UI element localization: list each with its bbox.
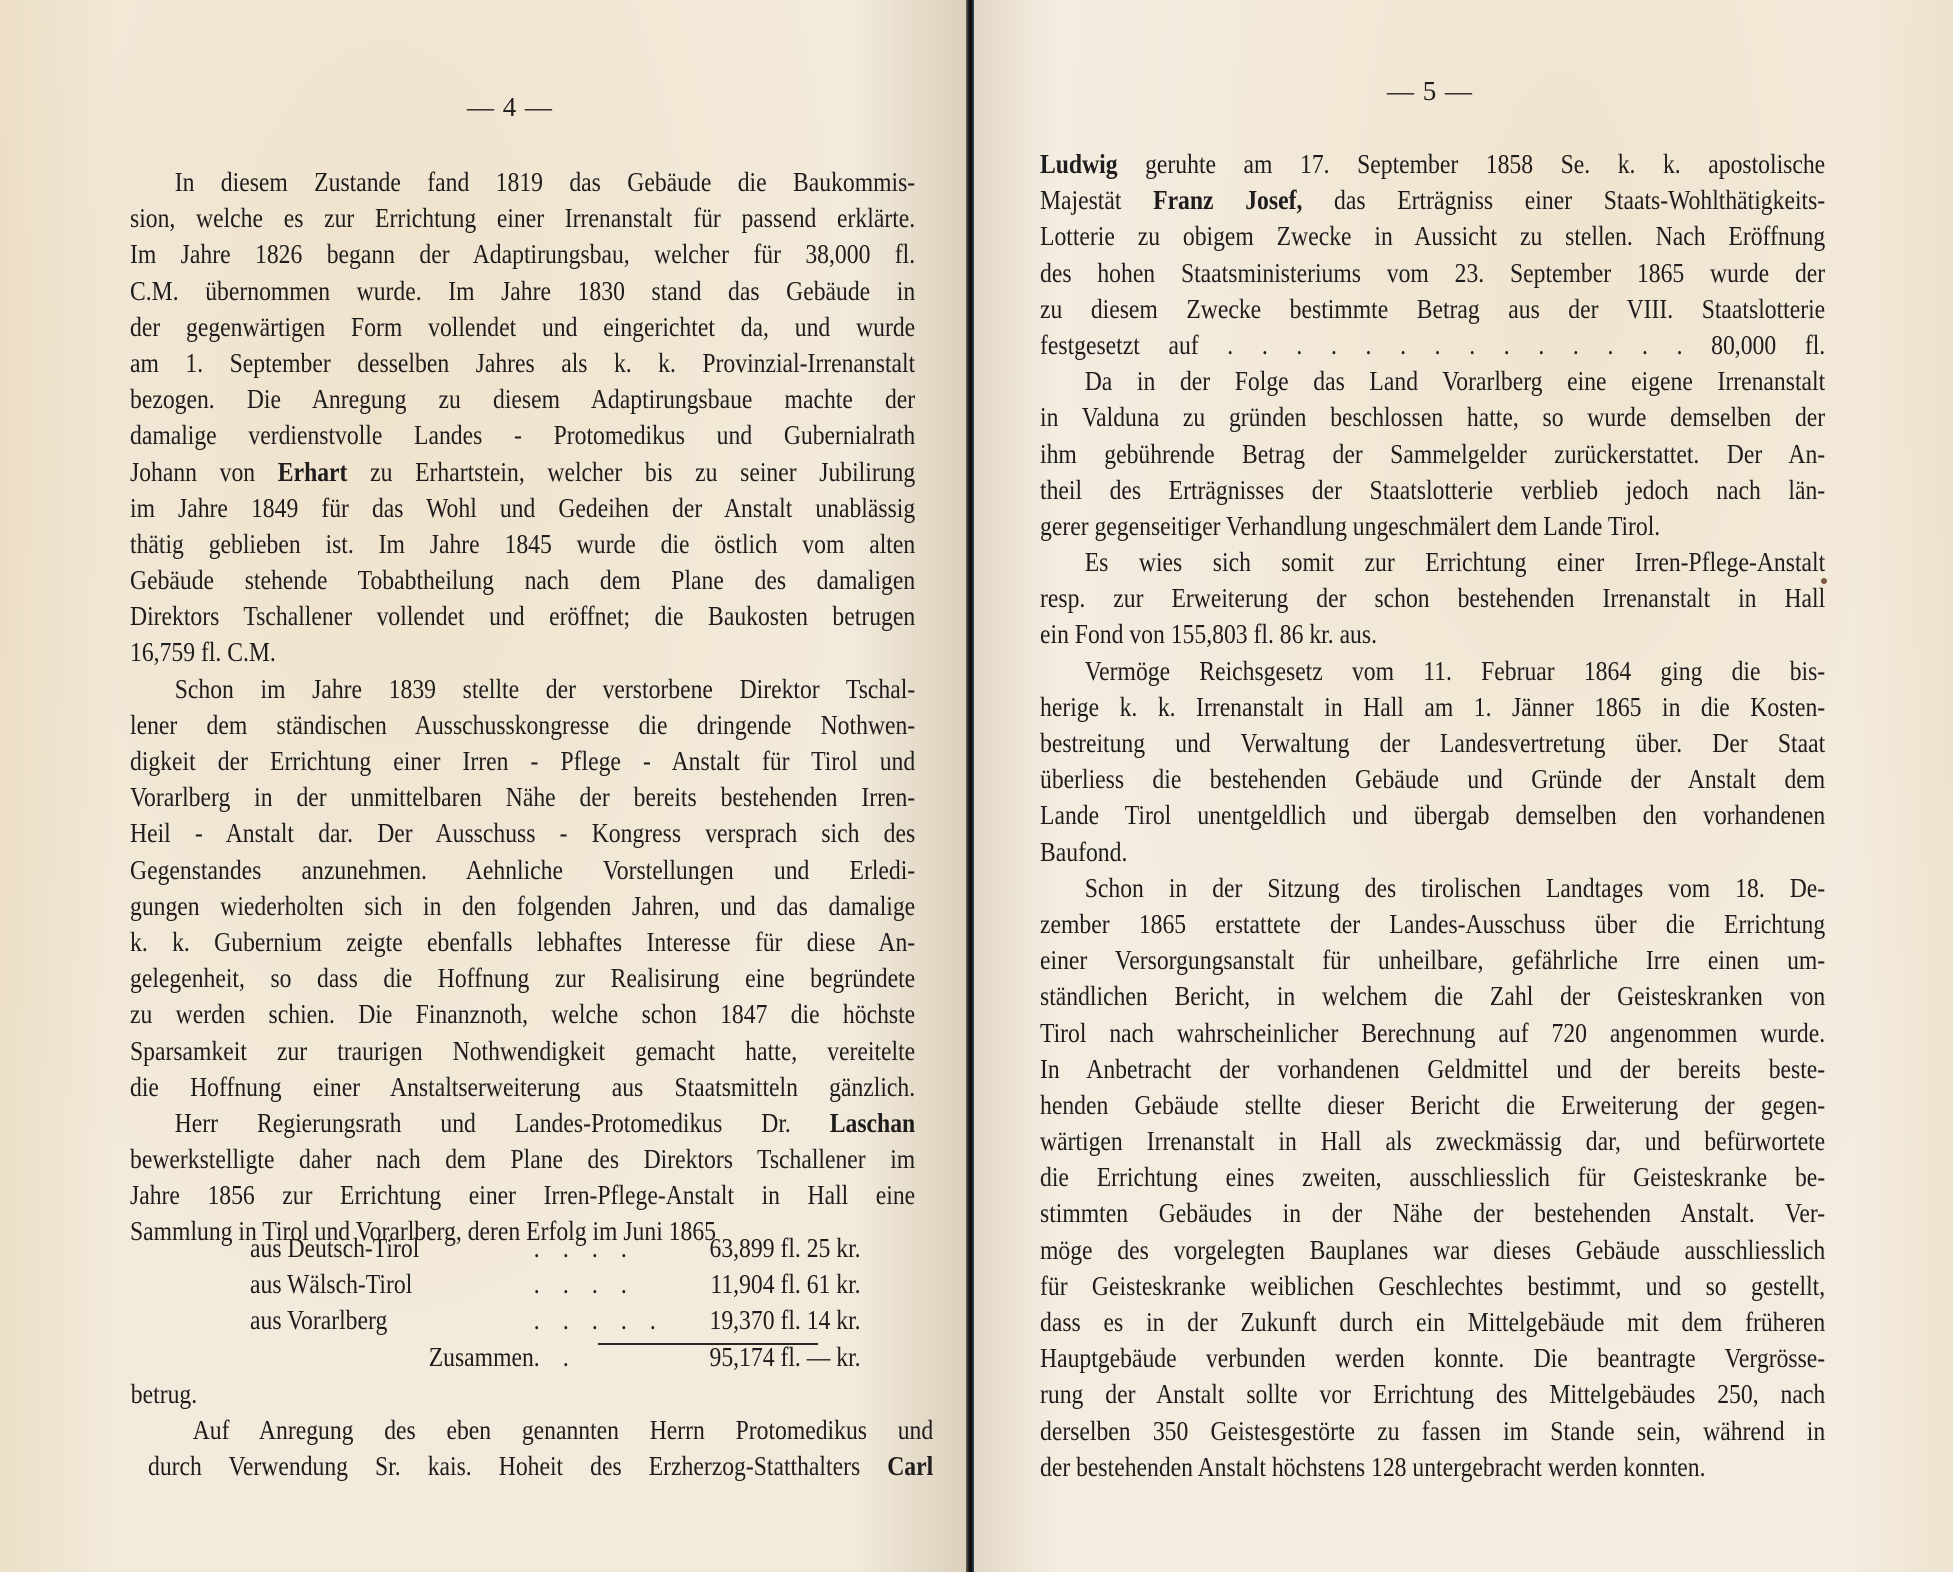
text-line: betrug. [131,1376,933,1412]
text-line: Johann von Erhart zu Erhartstein, welche… [130,454,915,490]
collection-row: aus Wälsch-Tirol. . . .11,904 fl. 61 kr. [250,1266,964,1302]
text-line: Ludwig geruhte am 17. September 1858 Se.… [1040,146,1825,182]
text-line: überliess die bestehenden Gebäude und Gr… [1040,761,1825,797]
right-page: — 5 — Ludwig geruhte am 17. September 18… [974,0,1953,1572]
text-line: für Geisteskranke weiblichen Geschlechte… [1040,1268,1825,1304]
text-line: möge des vorgelegten Bauplanes war diese… [1040,1232,1825,1268]
collection-table: aus Deutsch-Tirol. . . .63,899 fl. 25 kr… [250,1230,964,1375]
text-line: am 1. September desselben Jahres als k. … [130,345,915,381]
text-line: sion, welche es zur Errichtung einer Irr… [130,200,915,236]
text-line: durch Verwendung Sr. kais. Hoheit des Er… [148,1448,933,1484]
text-line: der gegenwärtigen Form vollendet und ein… [130,309,915,345]
text-line: Auf Anregung des eben genannten Herrn Pr… [148,1412,933,1448]
text-line: dass es in der Zukunft durch ein Mittelg… [1040,1304,1825,1340]
text-line: thätig geblieben ist. Im Jahre 1845 wurd… [130,526,915,562]
page-number-left: — 4 — [467,92,553,123]
text-line: der bestehenden Anstalt höchstens 128 un… [1040,1449,1825,1485]
collection-row: aus Deutsch-Tirol. . . .63,899 fl. 25 kr… [250,1230,964,1266]
text-line: festgesetzt auf . . . . . . . . . . . . … [1040,327,1825,363]
text-line: derselben 350 Geistesgestörte zu fassen … [1040,1413,1825,1449]
text-line: die Errichtung eines zweiten, ausschlies… [1040,1159,1825,1195]
text-line: Es wies sich somit zur Errichtung einer … [1040,544,1825,580]
text-line: digkeit der Errichtung einer Irren - Pfl… [130,743,915,779]
paper-speck [1821,578,1827,584]
text-line: zu diesem Zwecke bestimmte Betrag aus de… [1040,291,1825,327]
text-line: Gegenstandes anzunehmen. Aehnliche Vorst… [130,852,915,888]
text-line: Lotterie zu obigem Zwecke in Aussicht zu… [1040,218,1825,254]
text-line: herige k. k. Irrenanstalt in Hall am 1. … [1040,689,1825,725]
text-line: Direktors Tschallener vollendet und eröf… [130,598,915,634]
sum-rule [598,1343,818,1345]
text-line: im Jahre 1849 für das Wohl und Gedeihen … [130,490,915,526]
text-line: ein Fond von 155,803 fl. 86 kr. aus. [1040,616,1825,652]
text-line: lener dem ständischen Ausschusskongresse… [130,707,915,743]
text-line: resp. zur Erweiterung der schon bestehen… [1040,580,1825,616]
text-line: Baufond. [1040,834,1825,870]
amount-value: 19,370 fl. 14 kr. [667,1302,861,1338]
region-label: Zusammen [250,1339,534,1375]
left-page-body: In diesem Zustande fand 1819 das Gebäude… [130,164,915,1250]
text-line: Schon in der Sitzung des tirolischen Lan… [1040,870,1825,906]
text-line: Majestät Franz Josef, das Erträgniss ein… [1040,182,1825,218]
text-line: bestreitung und Verwaltung der Landesver… [1040,725,1825,761]
right-page-body: Ludwig geruhte am 17. September 1858 Se.… [1040,146,1825,1485]
text-line: Herr Regierungsrath und Landes-Protomedi… [130,1105,915,1141]
text-line: Vermöge Reichsgesetz vom 11. Februar 186… [1040,653,1825,689]
text-line: damalige verdienstvolle Landes - Protome… [130,417,915,453]
text-line: zember 1865 erstattete der Landes-Aussch… [1040,906,1825,942]
leader-dots: . . . . [534,1266,667,1302]
text-line: Jahre 1856 zur Errichtung einer Irren-Pf… [130,1177,915,1213]
leader-dots: . . . . [534,1230,667,1266]
region-label: aus Vorarlberg [250,1302,534,1338]
text-line: Heil - Anstalt dar. Der Ausschuss - Kong… [130,815,915,851]
text-line: Sparsamkeit zur traurigen Nothwendigkeit… [130,1033,915,1069]
region-label: aus Deutsch-Tirol [250,1230,534,1266]
text-line: Im Jahre 1826 begann der Adaptirungsbau,… [130,236,915,272]
text-line: ständlichen Bericht, in welchem die Zahl… [1040,978,1825,1014]
amount-value: 63,899 fl. 25 kr. [667,1230,861,1266]
text-line: wärtigen Irrenanstalt in Hall als zweckm… [1040,1123,1825,1159]
text-line: gelegenheit, so dass die Hoffnung zur Re… [130,960,915,996]
text-line: einer Versorgungsanstalt für unheilbare,… [1040,942,1825,978]
text-line: C.M. übernommen wurde. Im Jahre 1830 sta… [130,273,915,309]
text-line: Lande Tirol unentgeldlich und übergab de… [1040,797,1825,833]
text-line: In Anbetracht der vorhandenen Geldmittel… [1040,1051,1825,1087]
text-line: henden Gebäude stellte dieser Bericht di… [1040,1087,1825,1123]
text-line: die Hoffnung einer Anstaltserweiterung a… [130,1069,915,1105]
text-line: Schon im Jahre 1839 stellte der verstorb… [130,671,915,707]
region-label: aus Wälsch-Tirol [250,1266,534,1302]
text-line: Tirol nach wahrscheinlicher Berechnung a… [1040,1015,1825,1051]
text-line: k. k. Gubernium zeigte ebenfalls lebhaft… [130,924,915,960]
text-line: stimmten Gebäudes in der Nähe der besteh… [1040,1195,1825,1231]
text-line: Vorarlberg in der unmittelbaren Nähe der… [130,779,915,815]
text-line: In diesem Zustande fand 1819 das Gebäude… [130,164,915,200]
text-line: gerer gegenseitiger Verhandlung ungeschm… [1040,508,1825,544]
text-line: theil des Erträgnisses der Staatslotteri… [1040,472,1825,508]
text-line: rung der Anstalt sollte vor Errichtung d… [1040,1376,1825,1412]
text-line: ihm gebührende Betrag der Sammelgelder z… [1040,436,1825,472]
text-line: zu werden schien. Die Finanznoth, welche… [130,996,915,1032]
text-line: Gebäude stehende Tobabtheilung nach dem … [130,562,915,598]
text-line: des hohen Staatsministeriums vom 23. Sep… [1040,255,1825,291]
page-number-right: — 5 — [1387,76,1473,107]
text-line: gungen wiederholten sich in den folgende… [130,888,915,924]
amount-value: 11,904 fl. 61 kr. [667,1266,861,1302]
text-line: bewerkstelligte daher nach dem Plane des… [130,1141,915,1177]
text-line: bezogen. Die Anregung zu diesem Adaptiru… [130,381,915,417]
collection-row: aus Vorarlberg. . . . .19,370 fl. 14 kr. [250,1302,964,1338]
text-line: Da in der Folge das Land Vorarlberg eine… [1040,363,1825,399]
left-page: — 4 — In diesem Zustande fand 1819 das G… [0,0,968,1572]
left-page-footer-text: betrug.Auf Anregung des eben genannten H… [148,1376,933,1485]
text-line: Hauptgebäude verbunden werden konnte. Di… [1040,1340,1825,1376]
text-line: 16,759 fl. C.M. [130,634,915,670]
text-line: in Valduna zu gründen beschlossen hatte,… [1040,399,1825,435]
leader-dots: . . . . . [534,1302,667,1338]
